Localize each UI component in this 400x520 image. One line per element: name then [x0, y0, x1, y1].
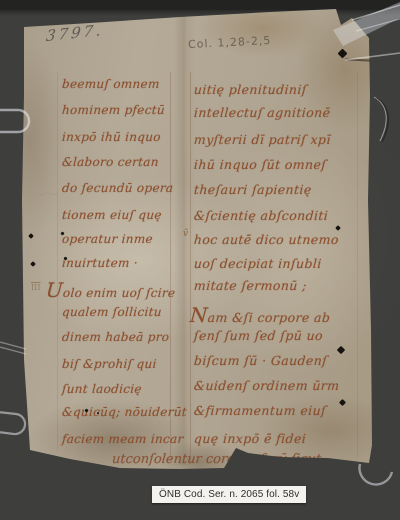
photo-stage: 3797. Col. 1,28-2,5 ·‥···‥ III ṽ beemuſ …: [0, 0, 400, 520]
caption-label: ÖNB Cod. Ser. n. 2065 fol. 58v: [152, 486, 306, 503]
mounting-strips: [0, 0, 400, 520]
caption-text: ÖNB Cod. Ser. n. 2065 fol. 58v: [159, 489, 299, 500]
